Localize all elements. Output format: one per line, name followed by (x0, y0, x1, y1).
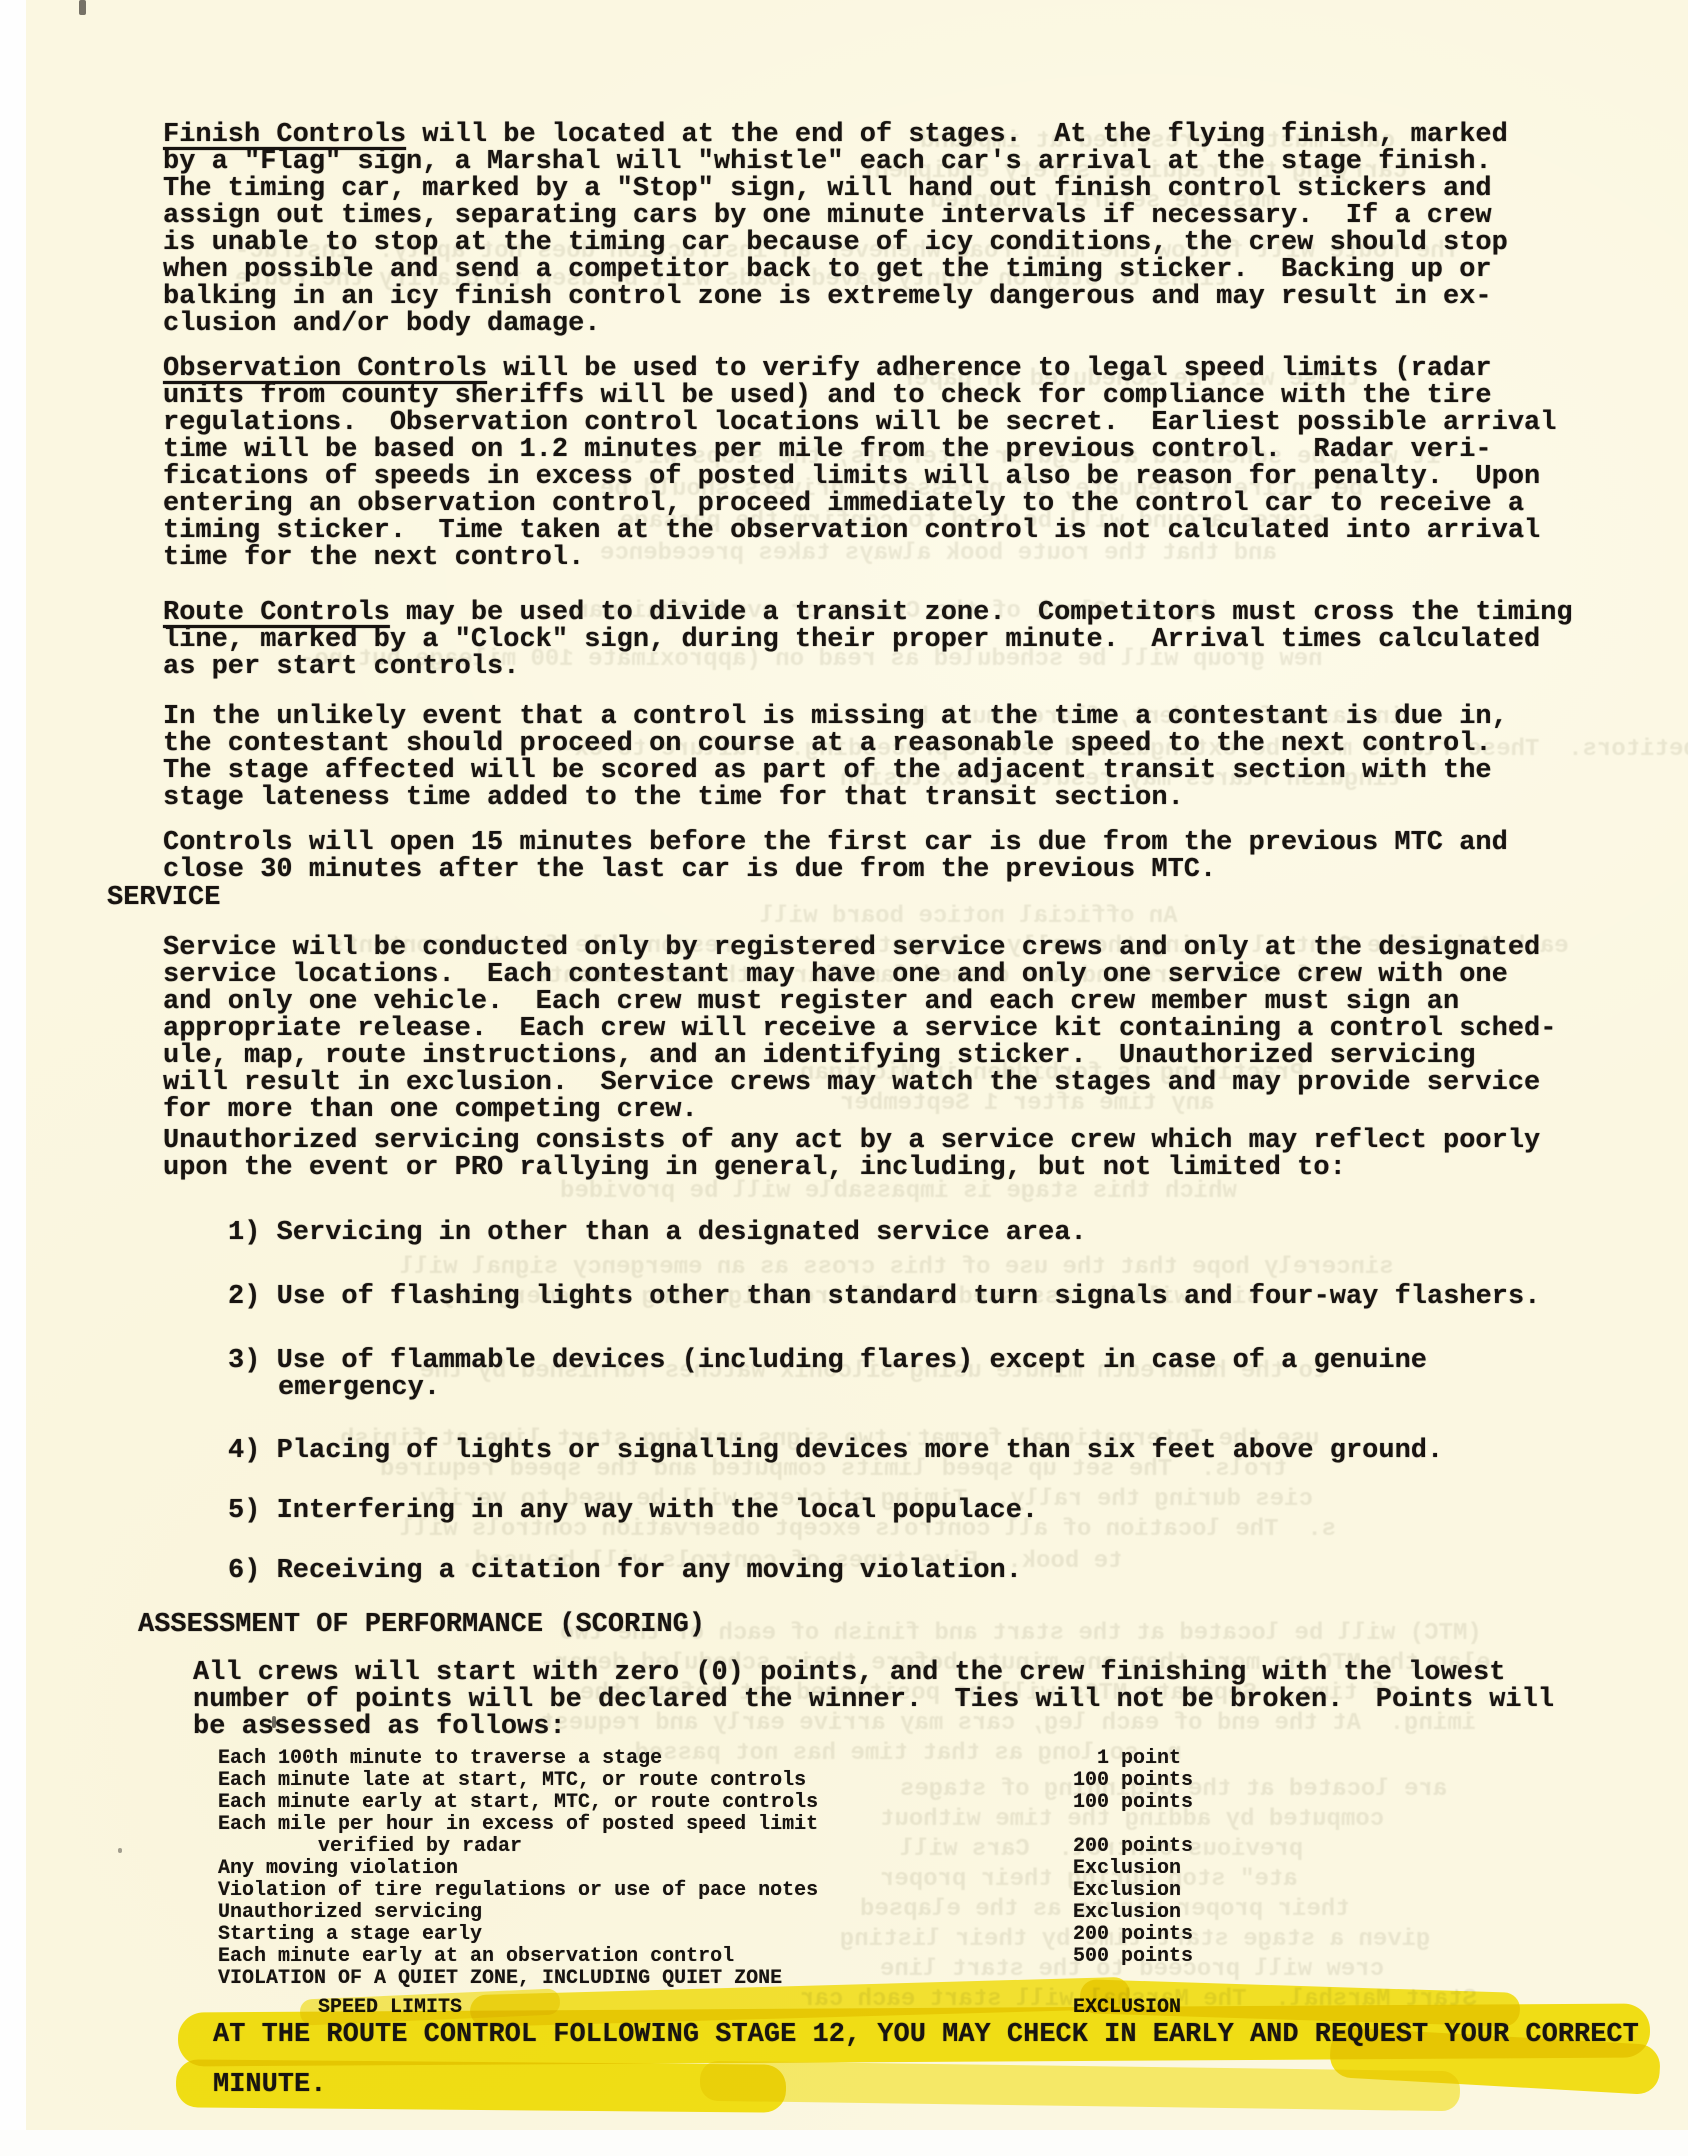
scan-edge-bottom (0, 2130, 1688, 2156)
scoring-item-label: Any moving violation (218, 1857, 458, 1880)
text-line: balking in an icy finish control zone is… (163, 284, 1508, 311)
scoring-item-label: verified by radar (218, 1835, 522, 1858)
table-row: Unauthorized servicingExclusion (218, 1902, 818, 1924)
text-line: entering an observation control, proceed… (163, 491, 1556, 518)
bleedthrough-line: sincerely hope that the use of this cros… (400, 1256, 1394, 1280)
list-item: 5) Interfering in any way with the local… (228, 1498, 1038, 1525)
scoring-item-value: 200 points (1073, 1836, 1193, 1858)
table-row: Violation of tire regulations or use of … (218, 1880, 818, 1902)
text-line: upon the event or PRO rallying in genera… (163, 1155, 1540, 1182)
document-page: cars must be presented at impoundcarryin… (0, 0, 1688, 2156)
text-line: In the unlikely event that a control is … (163, 704, 1508, 731)
table-row: Starting a stage early200 points (218, 1924, 818, 1946)
list-item: 4) Placing of lights or signalling devic… (228, 1438, 1443, 1465)
scoring-item-value: 1 point (1073, 1748, 1181, 1770)
bleedthrough-line: which this stage is impassable will be p… (560, 1180, 1237, 1204)
table-row: Each minute early at an observation cont… (218, 1946, 818, 1968)
text-line: and only one vehicle. Each crew must reg… (163, 989, 1556, 1016)
list-item: 1) Servicing in other than a designated … (228, 1220, 1087, 1247)
scoring-item-value: 200 points (1073, 1924, 1193, 1946)
text-line: time for the next control. (163, 545, 1556, 572)
text-line: as per start controls. (163, 654, 1573, 681)
text-line: regulations. Observation control locatio… (163, 410, 1556, 437)
list-item: 3) Use of flammable devices (including f… (228, 1348, 1427, 1402)
table-row: verified by radar200 points (218, 1836, 818, 1858)
table-row: Any moving violationExclusion (218, 1858, 818, 1880)
text-line: Service will be conducted only by regist… (163, 935, 1556, 962)
text-line: Route Controls may be used to divide a t… (163, 600, 1573, 627)
paragraph-missing-control: In the unlikely event that a control is … (163, 704, 1508, 812)
paragraph-unauthorized-intro: Unauthorized servicing consists of any a… (163, 1128, 1540, 1182)
text-line: be assessed as follows: (193, 1714, 1554, 1741)
section-heading-service: SERVICE (107, 885, 220, 912)
text-line: 4) Placing of lights or signalling devic… (228, 1438, 1443, 1465)
scan-edge-left (0, 0, 26, 2156)
paragraph-observation-controls: Observation Controls will be used to ver… (163, 356, 1556, 572)
paragraph-controls-open: Controls will open 15 minutes before the… (163, 830, 1508, 884)
scoring-table: Each 100th minute to traverse a stage 1 … (218, 1748, 818, 2019)
scoring-item-label: Starting a stage early (218, 1923, 482, 1946)
table-row: Each minute early at start, MTC, or rout… (218, 1792, 818, 1814)
text-line: ule, map, route instructions, and an ide… (163, 1043, 1556, 1070)
scoring-item-label: VIOLATION OF A QUIET ZONE, INCLUDING QUI… (218, 1967, 782, 1990)
text-line: the contestant should proceed on course … (163, 731, 1508, 758)
text-line: 2) Use of flashing lights other than sta… (228, 1284, 1540, 1311)
text-line: Observation Controls will be used to ver… (163, 356, 1556, 383)
ink-speck (79, 0, 86, 15)
scoring-item-label: SPEED LIMITS (218, 1996, 462, 2019)
table-row: Each minute late at start, MTC, or route… (218, 1770, 818, 1792)
scoring-item-label: Each mile per hour in excess of posted s… (218, 1813, 818, 1836)
scoring-item-value: 100 points (1073, 1792, 1193, 1814)
underlined-term: Observation Controls (163, 354, 487, 384)
paragraph-finish-controls: Finish Controls will be located at the e… (163, 122, 1508, 338)
scoring-item-label: Unauthorized servicing (218, 1901, 482, 1924)
table-row: SPEED LIMITSEXCLUSION (218, 1997, 818, 2019)
text-line: number of points will be declared the wi… (193, 1687, 1554, 1714)
list-item: 6) Receiving a citation for any moving v… (228, 1558, 1022, 1585)
ink-speck (272, 1716, 276, 1728)
underlined-term: Route Controls (163, 598, 390, 628)
text-line: timing sticker. Time taken at the observ… (163, 518, 1556, 545)
table-row: Each 100th minute to traverse a stage 1 … (218, 1748, 818, 1770)
scoring-item-label: Each minute late at start, MTC, or route… (218, 1769, 806, 1792)
text-line: line, marked by a "Clock" sign, during t… (163, 627, 1573, 654)
text-line: assign out times, separating cars by one… (163, 203, 1508, 230)
text-line: appropriate release. Each crew will rece… (163, 1016, 1556, 1043)
text-line: service locations. Each contestant may h… (163, 962, 1556, 989)
text-line: clusion and/or body damage. (163, 311, 1508, 338)
scoring-item-value: EXCLUSION (1073, 1997, 1181, 2019)
ink-speck (118, 1848, 122, 1853)
scoring-item-value: Exclusion (1073, 1858, 1181, 1880)
text-line: The stage affected will be scored as par… (163, 758, 1508, 785)
text-line: 5) Interfering in any way with the local… (228, 1498, 1038, 1525)
scoring-item-value: 100 points (1073, 1770, 1193, 1792)
text-line: The timing car, marked by a "Stop" sign,… (163, 176, 1508, 203)
highlighted-note-line1: AT THE ROUTE CONTROL FOLLOWING STAGE 12,… (213, 2022, 1639, 2049)
bleedthrough-line: An official notice board will (760, 905, 1178, 929)
text-line: 1) Servicing in other than a designated … (228, 1220, 1087, 1247)
scoring-item-label: Each minute early at start, MTC, or rout… (218, 1791, 818, 1814)
text-line: 6) Receiving a citation for any moving v… (228, 1558, 1022, 1585)
highlighter-stroke (700, 2061, 1460, 2112)
table-row: VIOLATION OF A QUIET ZONE, INCLUDING QUI… (218, 1968, 818, 1990)
text-line: Finish Controls will be located at the e… (163, 122, 1508, 149)
text-line: Unauthorized servicing consists of any a… (163, 1128, 1540, 1155)
text-line: will result in exclusion. Service crews … (163, 1070, 1556, 1097)
text-line: 3) Use of flammable devices (including f… (228, 1348, 1427, 1375)
paragraph-route-controls: Route Controls may be used to divide a t… (163, 600, 1573, 681)
text-line: time will be based on 1.2 minutes per mi… (163, 437, 1556, 464)
text-line: by a "Flag" sign, a Marshal will "whistl… (163, 149, 1508, 176)
highlighted-note-line2: MINUTE. (213, 2072, 326, 2099)
scoring-item-label: Each 100th minute to traverse a stage (218, 1747, 662, 1770)
table-row: Each mile per hour in excess of posted s… (218, 1814, 818, 1836)
scoring-item-label: Each minute early at an observation cont… (218, 1945, 734, 1968)
list-item: 2) Use of flashing lights other than sta… (228, 1284, 1540, 1311)
text-line: units from county sheriffs will be used)… (163, 383, 1556, 410)
scoring-item-label: Violation of tire regulations or use of … (218, 1879, 818, 1902)
text-line: emergency. (228, 1375, 1427, 1402)
text-line: close 30 minutes after the last car is d… (163, 857, 1508, 884)
text-line: when possible and send a competitor back… (163, 257, 1508, 284)
text-line: All crews will start with zero (0) point… (193, 1660, 1554, 1687)
scoring-item-value: Exclusion (1073, 1902, 1181, 1924)
text-line: is unable to stop at the timing car beca… (163, 230, 1508, 257)
text-line: Controls will open 15 minutes before the… (163, 830, 1508, 857)
section-heading-assessment: ASSESSMENT OF PERFORMANCE (SCORING) (138, 1612, 705, 1639)
text-line: for more than one competing crew. (163, 1097, 1556, 1124)
scoring-item-value: 500 points (1073, 1946, 1193, 1968)
scoring-item-value: Exclusion (1073, 1880, 1181, 1902)
underlined-term: Finish Controls (163, 120, 406, 150)
text-line: stage lateness time added to the time fo… (163, 785, 1508, 812)
paragraph-service-body: Service will be conducted only by regist… (163, 935, 1556, 1124)
paragraph-scoring-intro: All crews will start with zero (0) point… (193, 1660, 1554, 1741)
text-line: fications of speeds in excess of posted … (163, 464, 1556, 491)
